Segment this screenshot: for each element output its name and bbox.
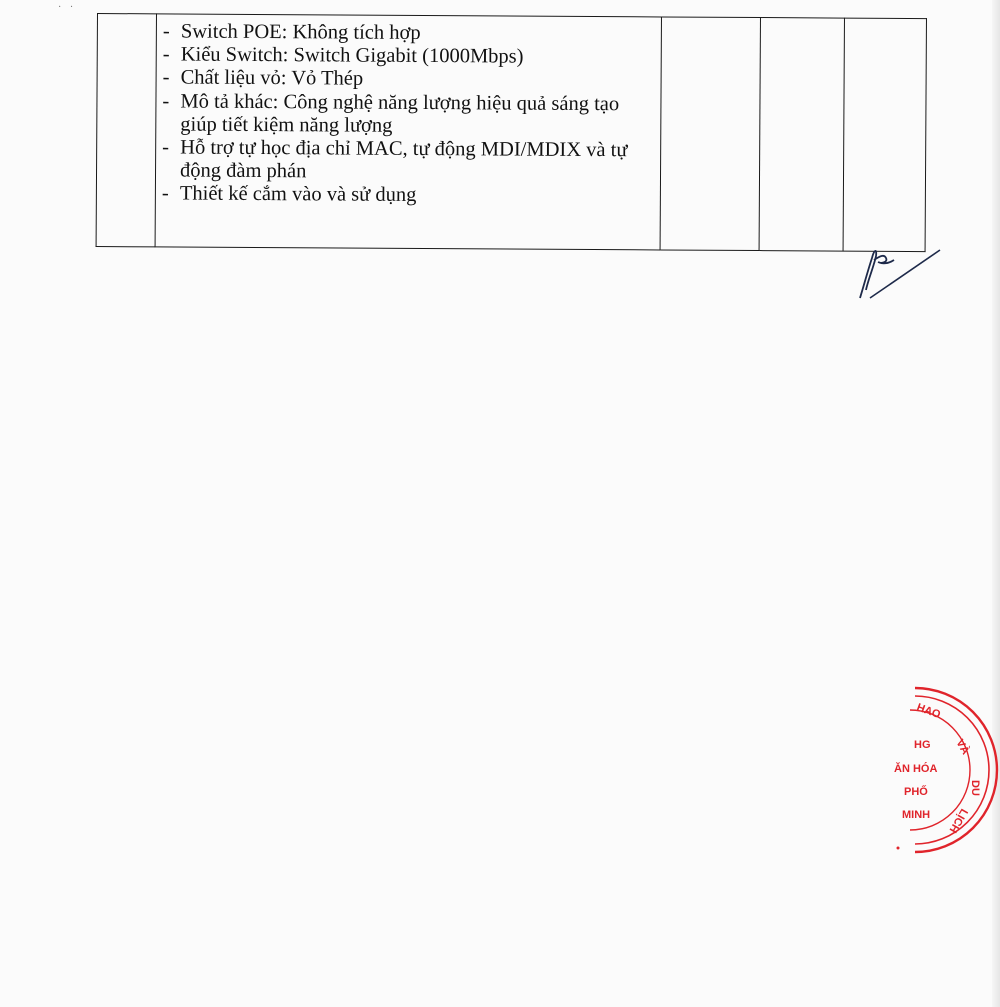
spec-item-text: Hỗ trợ tự học địa chỉ MAC, tự động MDI/M… bbox=[180, 137, 628, 183]
svg-text:ĂN HÓA: ĂN HÓA bbox=[894, 762, 937, 775]
spec-item-text: Chất liệu vỏ: Vỏ Thép bbox=[181, 67, 364, 90]
scan-marks: · · bbox=[58, 2, 76, 13]
svg-text:LỊCH: LỊCH bbox=[947, 807, 970, 835]
bullet-dash: - bbox=[163, 67, 181, 90]
spec-item: -Thiết kế cắm vào và sử dụng bbox=[162, 183, 660, 209]
official-seal-icon: HAO VÀ DU LỊCH HG ĂN HÓA PHỐ MINH bbox=[880, 680, 1000, 860]
cell-col-b bbox=[759, 18, 844, 252]
spec-item-text: Switch POE: Không tích hợp bbox=[181, 21, 421, 44]
spec-item: -Hỗ trợ tự học địa chỉ MAC, tự động MDI/… bbox=[162, 136, 660, 185]
svg-text:HAO: HAO bbox=[915, 702, 942, 722]
svg-text:HG: HG bbox=[914, 739, 931, 751]
cell-col-a bbox=[660, 17, 760, 251]
bullet-dash: - bbox=[163, 20, 181, 43]
spec-item-text: Kiểu Switch: Switch Gigabit (1000Mbps) bbox=[181, 44, 524, 68]
cell-stt bbox=[96, 14, 156, 247]
cell-description: -Switch POE: Không tích hợp-Kiểu Switch:… bbox=[155, 14, 661, 250]
spec-table: -Switch POE: Không tích hợp-Kiểu Switch:… bbox=[96, 13, 927, 252]
svg-text:VÀ: VÀ bbox=[953, 737, 972, 757]
bullet-dash: - bbox=[162, 90, 180, 113]
handwritten-signature-icon bbox=[850, 240, 960, 300]
spec-item-text: Mô tả khác: Công nghệ năng lượng hiệu qu… bbox=[180, 90, 619, 136]
bullet-dash: - bbox=[163, 44, 181, 67]
table-row: -Switch POE: Không tích hợp-Kiểu Switch:… bbox=[96, 14, 926, 252]
svg-text:PHỐ: PHỐ bbox=[904, 784, 928, 798]
svg-text:MINH: MINH bbox=[902, 809, 930, 821]
cell-col-c bbox=[843, 18, 926, 251]
spec-item: -Switch POE: Không tích hợp bbox=[163, 20, 661, 46]
spec-item: -Chất liệu vỏ: Vỏ Thép bbox=[163, 67, 661, 93]
svg-text:DU: DU bbox=[969, 780, 981, 796]
spec-item-text: Thiết kế cắm vào và sử dụng bbox=[180, 183, 417, 206]
bullet-dash: - bbox=[162, 136, 180, 159]
spec-item: -Kiểu Switch: Switch Gigabit (1000Mbps) bbox=[163, 44, 661, 70]
bullet-dash: - bbox=[162, 183, 180, 206]
spec-item: -Mô tả khác: Công nghệ năng lượng hiệu q… bbox=[162, 90, 660, 139]
spec-list: -Switch POE: Không tích hợp-Kiểu Switch:… bbox=[162, 20, 661, 209]
